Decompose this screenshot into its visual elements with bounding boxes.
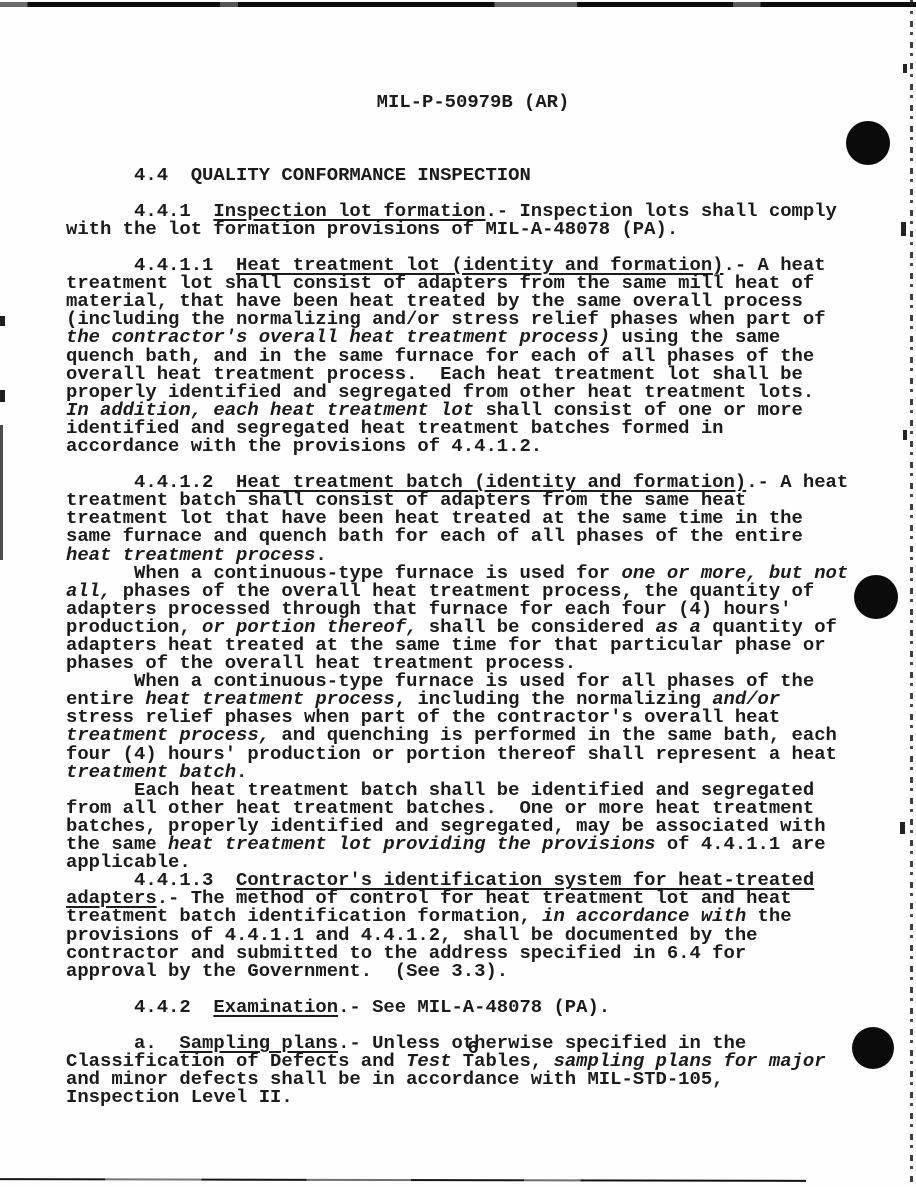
text-segment: approval by the Government. (See 3.3). — [66, 960, 508, 982]
scan-artifact-bottom-edge — [0, 1178, 806, 1182]
para-continuous-furnace-partial-phases: When a continuous-type furnace is used f… — [66, 564, 856, 673]
document-body: 4.4 QUALITY CONFORMANCE INSPECTION 4.4.1… — [66, 166, 856, 1107]
text-segment: 4.4.2 — [66, 996, 213, 1018]
para-4-4-1-inspection-lot-formation: 4.4.1 Inspection lot formation.- Inspect… — [66, 202, 856, 238]
heading-quality-conformance: 4.4 QUALITY CONFORMANCE INSPECTION — [66, 166, 856, 184]
text-segment: accordance with the provisions of 4.4.1.… — [66, 435, 542, 457]
text-segment: .- See MIL-A-48078 (PA). — [338, 996, 610, 1018]
para-4-4-2-examination: 4.4.2 Examination.- See MIL-A-48078 (PA)… — [66, 998, 856, 1016]
italic-text-segment: heat treatment lot providing the provisi… — [168, 833, 655, 855]
scan-speck — [901, 222, 906, 236]
text-line: approval by the Government. (See 3.3). — [66, 962, 856, 980]
scan-speck — [900, 822, 905, 834]
scanned-page: MIL-P-50979B (AR) 4.4 QUALITY CONFORMANC… — [0, 0, 916, 1187]
scan-speck — [0, 390, 5, 402]
text-segment: Inspection Level II. — [66, 1086, 293, 1108]
para-continuous-furnace-all-phases: When a continuous-type furnace is used f… — [66, 672, 856, 781]
para-4-4-1-2-heat-treatment-batch: 4.4.1.2 Heat treatment batch (identity a… — [66, 473, 856, 563]
para-4-4-1-3-contractor-identification: 4.4.1.3 Contractor's identification syst… — [66, 871, 856, 980]
punch-hole-mark-middle — [854, 575, 898, 619]
scan-smudge — [0, 425, 3, 560]
document-header: MIL-P-50979B (AR) — [78, 93, 868, 111]
page-number: 6 — [78, 1037, 868, 1059]
para-batch-identification-segregation: Each heat treatment batch shall be ident… — [66, 781, 856, 871]
text-line: Inspection Level II. — [66, 1088, 856, 1106]
text-segment: with the lot formation provisions of MIL… — [66, 218, 678, 240]
underlined-section-title: Examination — [213, 996, 338, 1018]
text-line: 4.4.2 Examination.- See MIL-A-48078 (PA)… — [66, 998, 856, 1016]
scan-speck — [903, 430, 907, 440]
text-line: accordance with the provisions of 4.4.1.… — [66, 437, 856, 455]
text-segment: 4.4 QUALITY CONFORMANCE INSPECTION — [66, 164, 531, 186]
text-line: with the lot formation provisions of MIL… — [66, 220, 856, 238]
text-line: 4.4 QUALITY CONFORMANCE INSPECTION — [66, 166, 856, 184]
scan-speck — [0, 316, 5, 326]
scan-speck — [903, 64, 907, 73]
document-text: MIL-P-50979B (AR) 4.4 QUALITY CONFORMANC… — [66, 57, 856, 1143]
scan-artifact-top-edge — [0, 2, 916, 7]
text-segment: of 4.4.1.1 are — [656, 833, 826, 855]
para-4-4-1-1-heat-treatment-lot: 4.4.1.1 Heat treatment lot (identity and… — [66, 256, 856, 455]
text-segment: .- A heat — [746, 471, 848, 493]
scan-artifact-right-edge — [910, 0, 913, 1187]
